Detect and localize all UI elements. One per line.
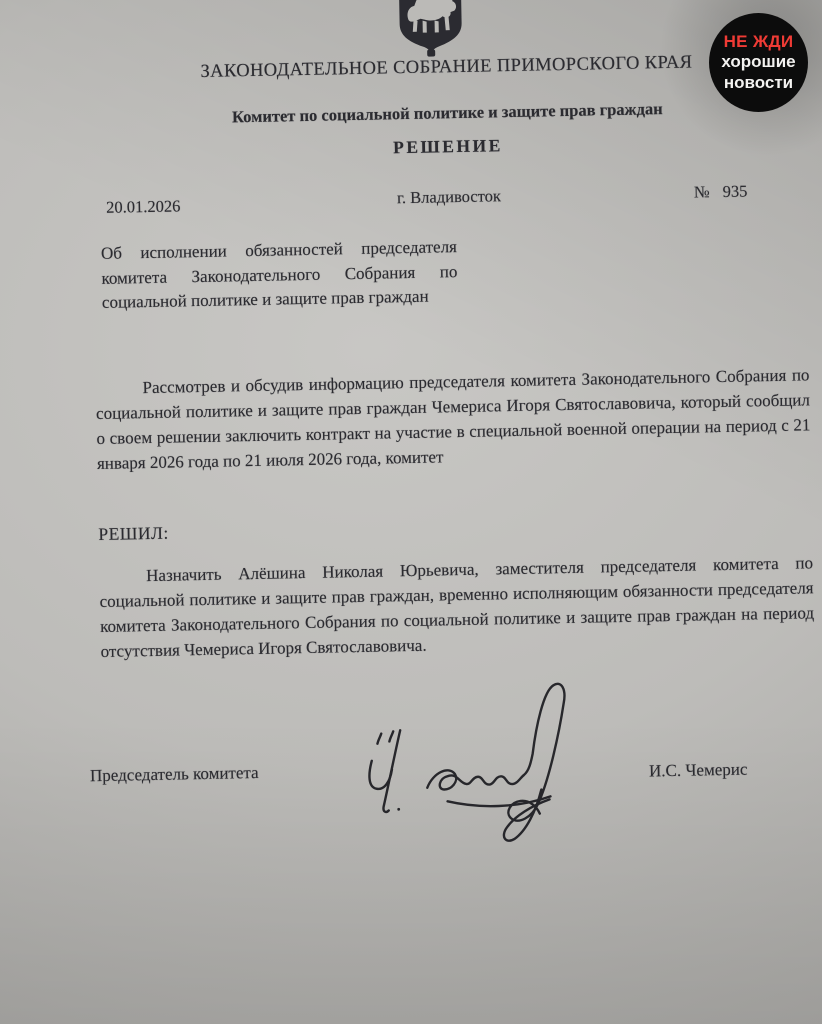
badge-line-2: хорошие (721, 52, 795, 73)
subject-block: Об исполнении обязанностей председателя … (101, 235, 458, 315)
number-value: 935 (722, 181, 747, 200)
badge-line-3: новости (724, 73, 793, 94)
ne-zhdi-sticker-badge: НЕ ЖДИ хорошие новости (709, 13, 808, 112)
signer-name: И.С. Чемерис (649, 760, 748, 782)
document-type-heading: РЕШЕНИЕ (81, 129, 815, 164)
primorsky-krai-tiger-crest-icon (395, 0, 467, 58)
number-sign: № (694, 182, 710, 201)
document-photo: ЗАКОНОДАТЕЛЬНОЕ СОБРАНИЕ ПРИМОРСКОГО КРА… (0, 0, 822, 1024)
signer-title: Председатель комитета (90, 763, 259, 786)
resolution-paragraph: Назначить Алёшина Николая Юрьевича, заме… (99, 550, 815, 664)
resolved-label: РЕШИЛ: (98, 523, 169, 545)
handwritten-signature-icon (345, 677, 584, 859)
badge-line-1: НЕ ЖДИ (724, 32, 794, 53)
decision-document: ЗАКОНОДАТЕЛЬНОЕ СОБРАНИЕ ПРИМОРСКОГО КРА… (0, 0, 822, 1024)
committee-title: Комитет по социальной политике и защите … (80, 96, 814, 130)
preamble-paragraph: Рассмотрев и обсудив информацию председа… (95, 362, 811, 476)
document-number: №935 (694, 181, 748, 202)
